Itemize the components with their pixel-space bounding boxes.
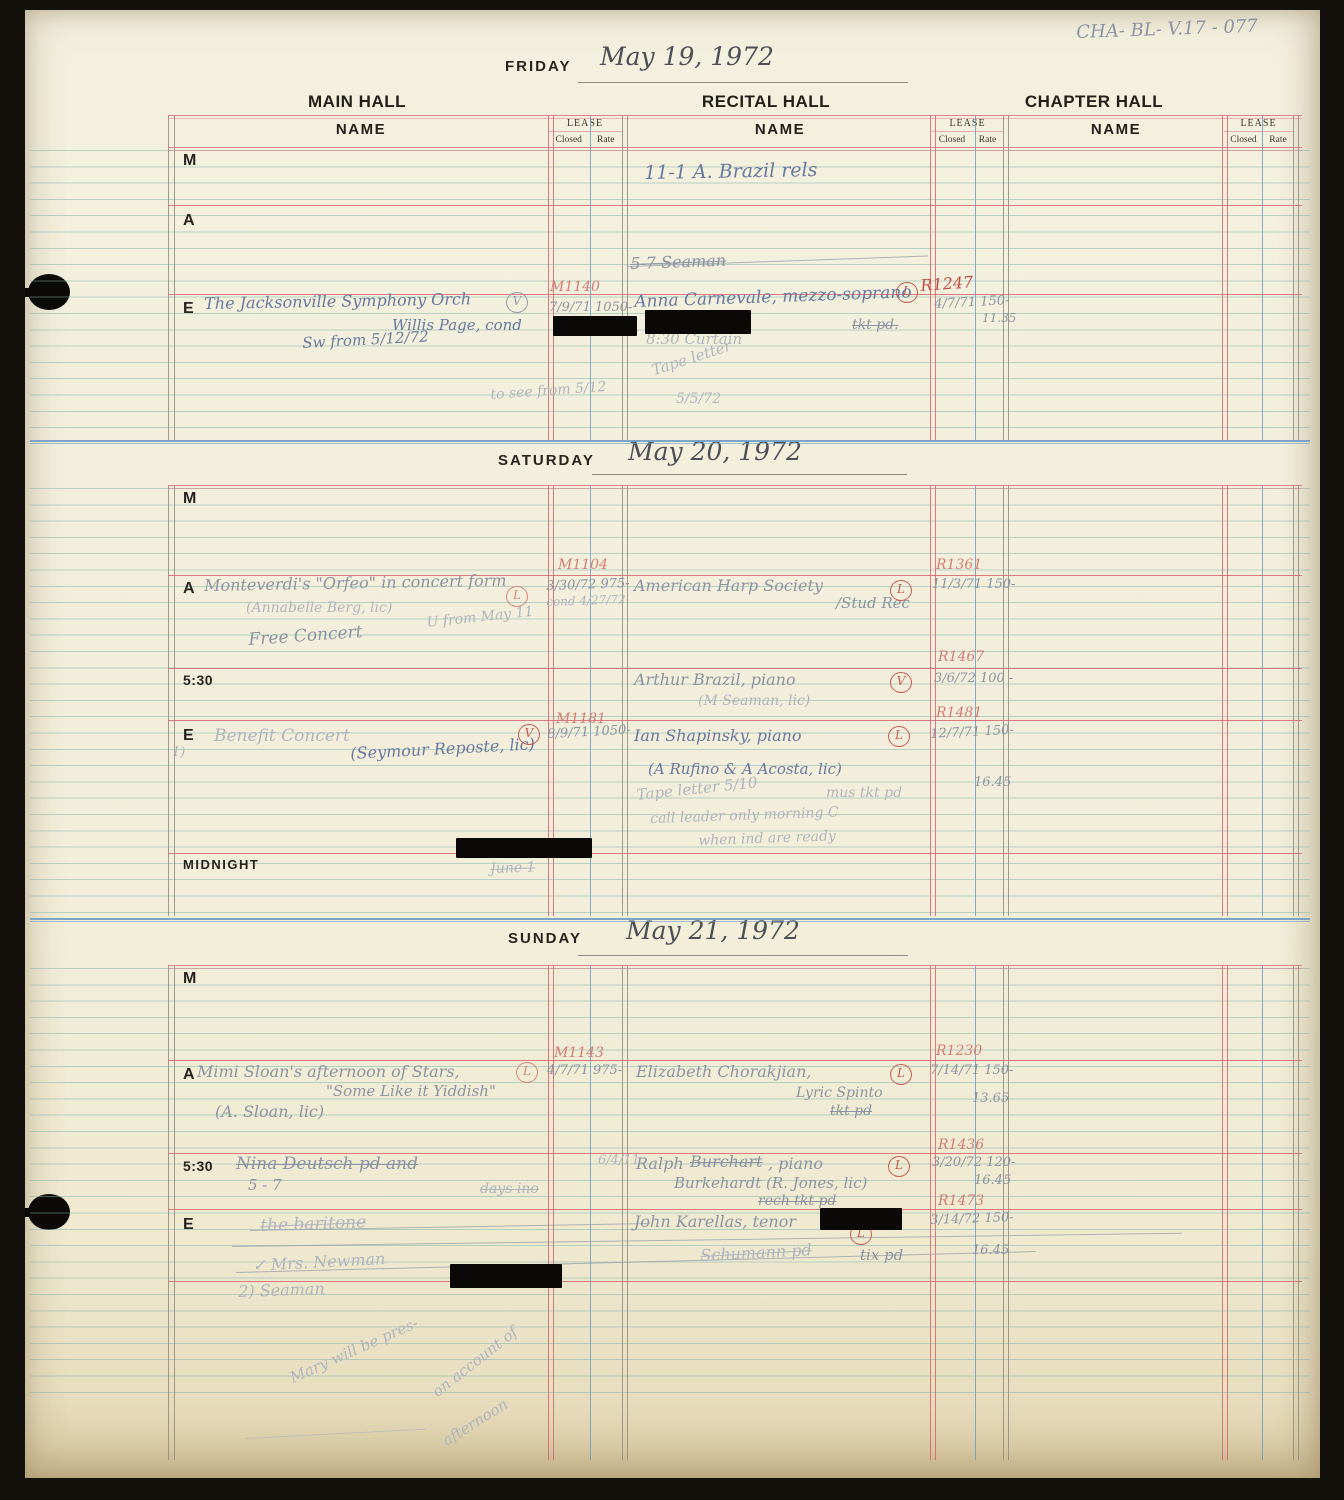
redaction-bar xyxy=(820,1208,902,1230)
column-line xyxy=(1227,965,1228,1460)
handwritten-note: Ralph xyxy=(636,1156,684,1173)
handwritten-note: R1481 xyxy=(936,706,982,721)
redaction-bar xyxy=(645,310,751,334)
handwritten-note: 11/3/71 150- xyxy=(932,578,1015,592)
handwritten-note: Mimi Sloan's afternoon of Stars, xyxy=(197,1064,460,1081)
row-boundary-line xyxy=(168,965,1302,966)
row-label-a: A xyxy=(183,580,195,598)
handwritten-note: 3/14/72 150- xyxy=(930,1211,1014,1228)
row-label-a: A xyxy=(183,212,195,230)
column-line xyxy=(1298,965,1299,1460)
day-title-friday: FRIDAY xyxy=(505,58,571,75)
circled-letter-l: L xyxy=(516,1062,538,1083)
column-line xyxy=(1262,965,1263,1460)
column-line xyxy=(935,485,936,916)
handwritten-note: tkt pd xyxy=(830,1104,872,1119)
column-line xyxy=(627,965,628,1460)
row-label-a: A xyxy=(183,1066,195,1084)
column-line xyxy=(548,965,549,1460)
date-underline xyxy=(578,955,908,956)
row-label-530: 5:30 xyxy=(183,672,213,688)
column-line xyxy=(1008,115,1009,440)
handwritten-note: 2) Seaman xyxy=(238,1281,325,1301)
handwritten-note: 13.65 xyxy=(972,1092,1009,1106)
column-line xyxy=(627,485,628,916)
row-boundary-line xyxy=(168,205,1302,206)
handwritten-note: 4/7/71 975- xyxy=(547,1064,622,1078)
redaction-bar xyxy=(456,838,592,858)
handwritten-note: M1143 xyxy=(554,1046,604,1061)
handwritten-note: 6/4/11 xyxy=(598,1154,640,1168)
row-label-e: E xyxy=(183,300,194,318)
handwritten-note: M1140 xyxy=(550,280,600,295)
column-line xyxy=(1227,115,1228,440)
handwritten-note: Lyric Spinto xyxy=(796,1086,883,1101)
column-line xyxy=(174,965,175,1460)
section-boundary-line xyxy=(30,921,1310,922)
column-line xyxy=(1293,115,1294,440)
section-boundary-line xyxy=(30,443,1310,444)
column-line xyxy=(627,115,628,440)
row-boundary-line xyxy=(168,485,1302,486)
row-boundary-line xyxy=(168,720,1302,721)
handwritten-note: "Some Like it Yiddish" xyxy=(326,1084,496,1100)
column-line xyxy=(590,965,591,1460)
handwritten-note: 11-1 A. Brazil rels xyxy=(644,161,818,184)
header-boundary-line xyxy=(168,150,1302,151)
handwritten-note: Burkehardt (R. Jones, lic) xyxy=(674,1176,867,1192)
column-line xyxy=(1008,485,1009,916)
handwritten-note: days ino xyxy=(480,1182,539,1197)
date-underline xyxy=(578,82,908,83)
row-label-e: E xyxy=(183,1216,194,1234)
handwritten-note: tkt pd. xyxy=(852,318,899,333)
handwritten-note: (M Seaman, lic) xyxy=(698,694,810,709)
handwritten-note: 3/20/72 120- xyxy=(932,1156,1015,1170)
row-label-m: M xyxy=(183,490,197,508)
row-boundary-line xyxy=(168,1209,1302,1210)
handwritten-note: R1467 xyxy=(938,650,984,665)
row-label-e: E xyxy=(183,727,194,745)
column-line xyxy=(1222,965,1223,1460)
row-boundary-line xyxy=(168,118,1302,119)
row-boundary-line xyxy=(168,1060,1302,1061)
row-label-m: M xyxy=(183,152,197,170)
row-boundary-line xyxy=(168,1281,1302,1282)
handwritten-note: 5-7 Seaman xyxy=(630,253,726,273)
handwritten-note: rech tkt pd xyxy=(758,1194,836,1209)
column-line xyxy=(168,965,169,1460)
circled-letter-l: L xyxy=(890,1064,912,1085)
handwritten-note: R1361 xyxy=(936,558,982,573)
column-line xyxy=(1222,115,1223,440)
header-boundary-line xyxy=(168,147,1302,148)
section-boundary-line xyxy=(30,440,1310,442)
circled-letter-l: L xyxy=(888,726,910,747)
handwritten-note: American Harp Society xyxy=(634,578,823,595)
handwritten-note: 11.35 xyxy=(982,312,1016,325)
row-boundary-line xyxy=(168,115,1302,116)
handwritten-note: M1104 xyxy=(558,558,608,573)
column-line xyxy=(930,485,931,916)
column-line xyxy=(1003,485,1004,916)
row-label-530: 5:30 xyxy=(183,1158,213,1174)
handwritten-note: mus tkt pd xyxy=(826,786,902,801)
handwritten-note: 7/14/71 150- xyxy=(930,1064,1013,1078)
circled-letter-l: L xyxy=(890,580,912,601)
handwritten-note: 16.45 xyxy=(972,1244,1009,1258)
handwritten-note: 3/6/72 100 - xyxy=(934,672,1013,686)
column-line xyxy=(1222,485,1223,916)
handwritten-note: 16.45 xyxy=(974,776,1011,790)
handwritten-note: 5 - 7 xyxy=(248,1178,282,1194)
circled-letter-v: V xyxy=(506,292,528,313)
row-label-midnight: MIDNIGHT xyxy=(183,857,259,872)
column-line xyxy=(168,115,169,440)
handwritten-note: Benefit Concert xyxy=(214,728,350,746)
column-line xyxy=(1003,115,1004,440)
handwritten-note: tix pd xyxy=(860,1248,903,1264)
handwritten-note: June 1 xyxy=(490,860,536,876)
column-line xyxy=(1262,485,1263,916)
handwritten-note: R1436 xyxy=(938,1138,984,1153)
handwritten-note: Arthur Brazil, piano xyxy=(634,672,796,689)
column-line xyxy=(1298,115,1299,440)
column-line xyxy=(1293,485,1294,916)
handwritten-note: Nina Deutsch pd and xyxy=(236,1156,418,1174)
day-date-friday: May 19, 1972 xyxy=(600,42,774,71)
recital-hall-caption: RECITAL HALL xyxy=(686,92,846,112)
handwritten-note: Ian Shapinsky, piano xyxy=(634,728,802,745)
handwritten-note: 16.45 xyxy=(974,1174,1011,1188)
handwritten-note: 5/5/72 xyxy=(676,392,721,407)
main-hall-caption: MAIN HALL xyxy=(277,92,437,112)
row-boundary-line xyxy=(168,488,1302,489)
column-line xyxy=(1227,485,1228,916)
column-line xyxy=(622,965,623,1460)
handwritten-note: 3/30/72 975- xyxy=(546,577,630,594)
section-boundary-line xyxy=(30,918,1310,920)
column-line xyxy=(622,485,623,916)
column-line xyxy=(1262,115,1263,440)
redaction-bar xyxy=(450,1264,562,1288)
row-boundary-line xyxy=(168,853,1302,854)
day-title-sunday: SUNDAY xyxy=(508,930,582,947)
handwritten-note: cond 4/27/72 xyxy=(546,593,626,608)
row-label-m: M xyxy=(183,970,197,988)
handwritten-note: 1) xyxy=(172,746,185,760)
circled-letter-l: L xyxy=(888,1156,910,1177)
column-line xyxy=(174,115,175,440)
handwritten-note: 7/9/71 1050- xyxy=(549,301,632,315)
handwritten-note: Burchart xyxy=(690,1154,763,1171)
handwritten-note: the baritone xyxy=(260,1214,366,1236)
column-line xyxy=(168,485,169,916)
handwritten-note: R1473 xyxy=(938,1194,984,1209)
date-underline xyxy=(592,474,907,475)
redaction-bar xyxy=(553,316,637,336)
chapter-hall-caption: CHAPTER HALL xyxy=(1014,92,1174,112)
handwritten-note: (A. Sloan, lic) xyxy=(215,1104,324,1121)
column-line xyxy=(1293,965,1294,1460)
day-title-saturday: SATURDAY xyxy=(498,452,595,469)
handwritten-note: R1247 xyxy=(920,274,974,294)
ledger-scan-page: CHA- BL- V.17 - 077 MAIN HALL RECITAL HA… xyxy=(0,0,1344,1500)
row-boundary-line xyxy=(168,968,1302,969)
column-line xyxy=(622,115,623,440)
handwritten-note: , piano xyxy=(768,1156,823,1173)
handwritten-note: (Annabelle Berg, lic) xyxy=(246,601,392,616)
circled-letter-v: V xyxy=(890,672,912,693)
column-line xyxy=(1298,485,1299,916)
column-line xyxy=(975,485,976,916)
handwritten-note: John Karellas, tenor xyxy=(634,1214,796,1231)
column-line xyxy=(975,115,976,440)
column-line xyxy=(174,485,175,916)
handwritten-note: Elizabeth Chorakjian, xyxy=(636,1064,811,1081)
handwritten-note: R1230 xyxy=(936,1044,982,1059)
column-line xyxy=(553,965,554,1460)
circled-letter-v: V xyxy=(518,724,540,745)
row-boundary-line xyxy=(168,668,1302,669)
